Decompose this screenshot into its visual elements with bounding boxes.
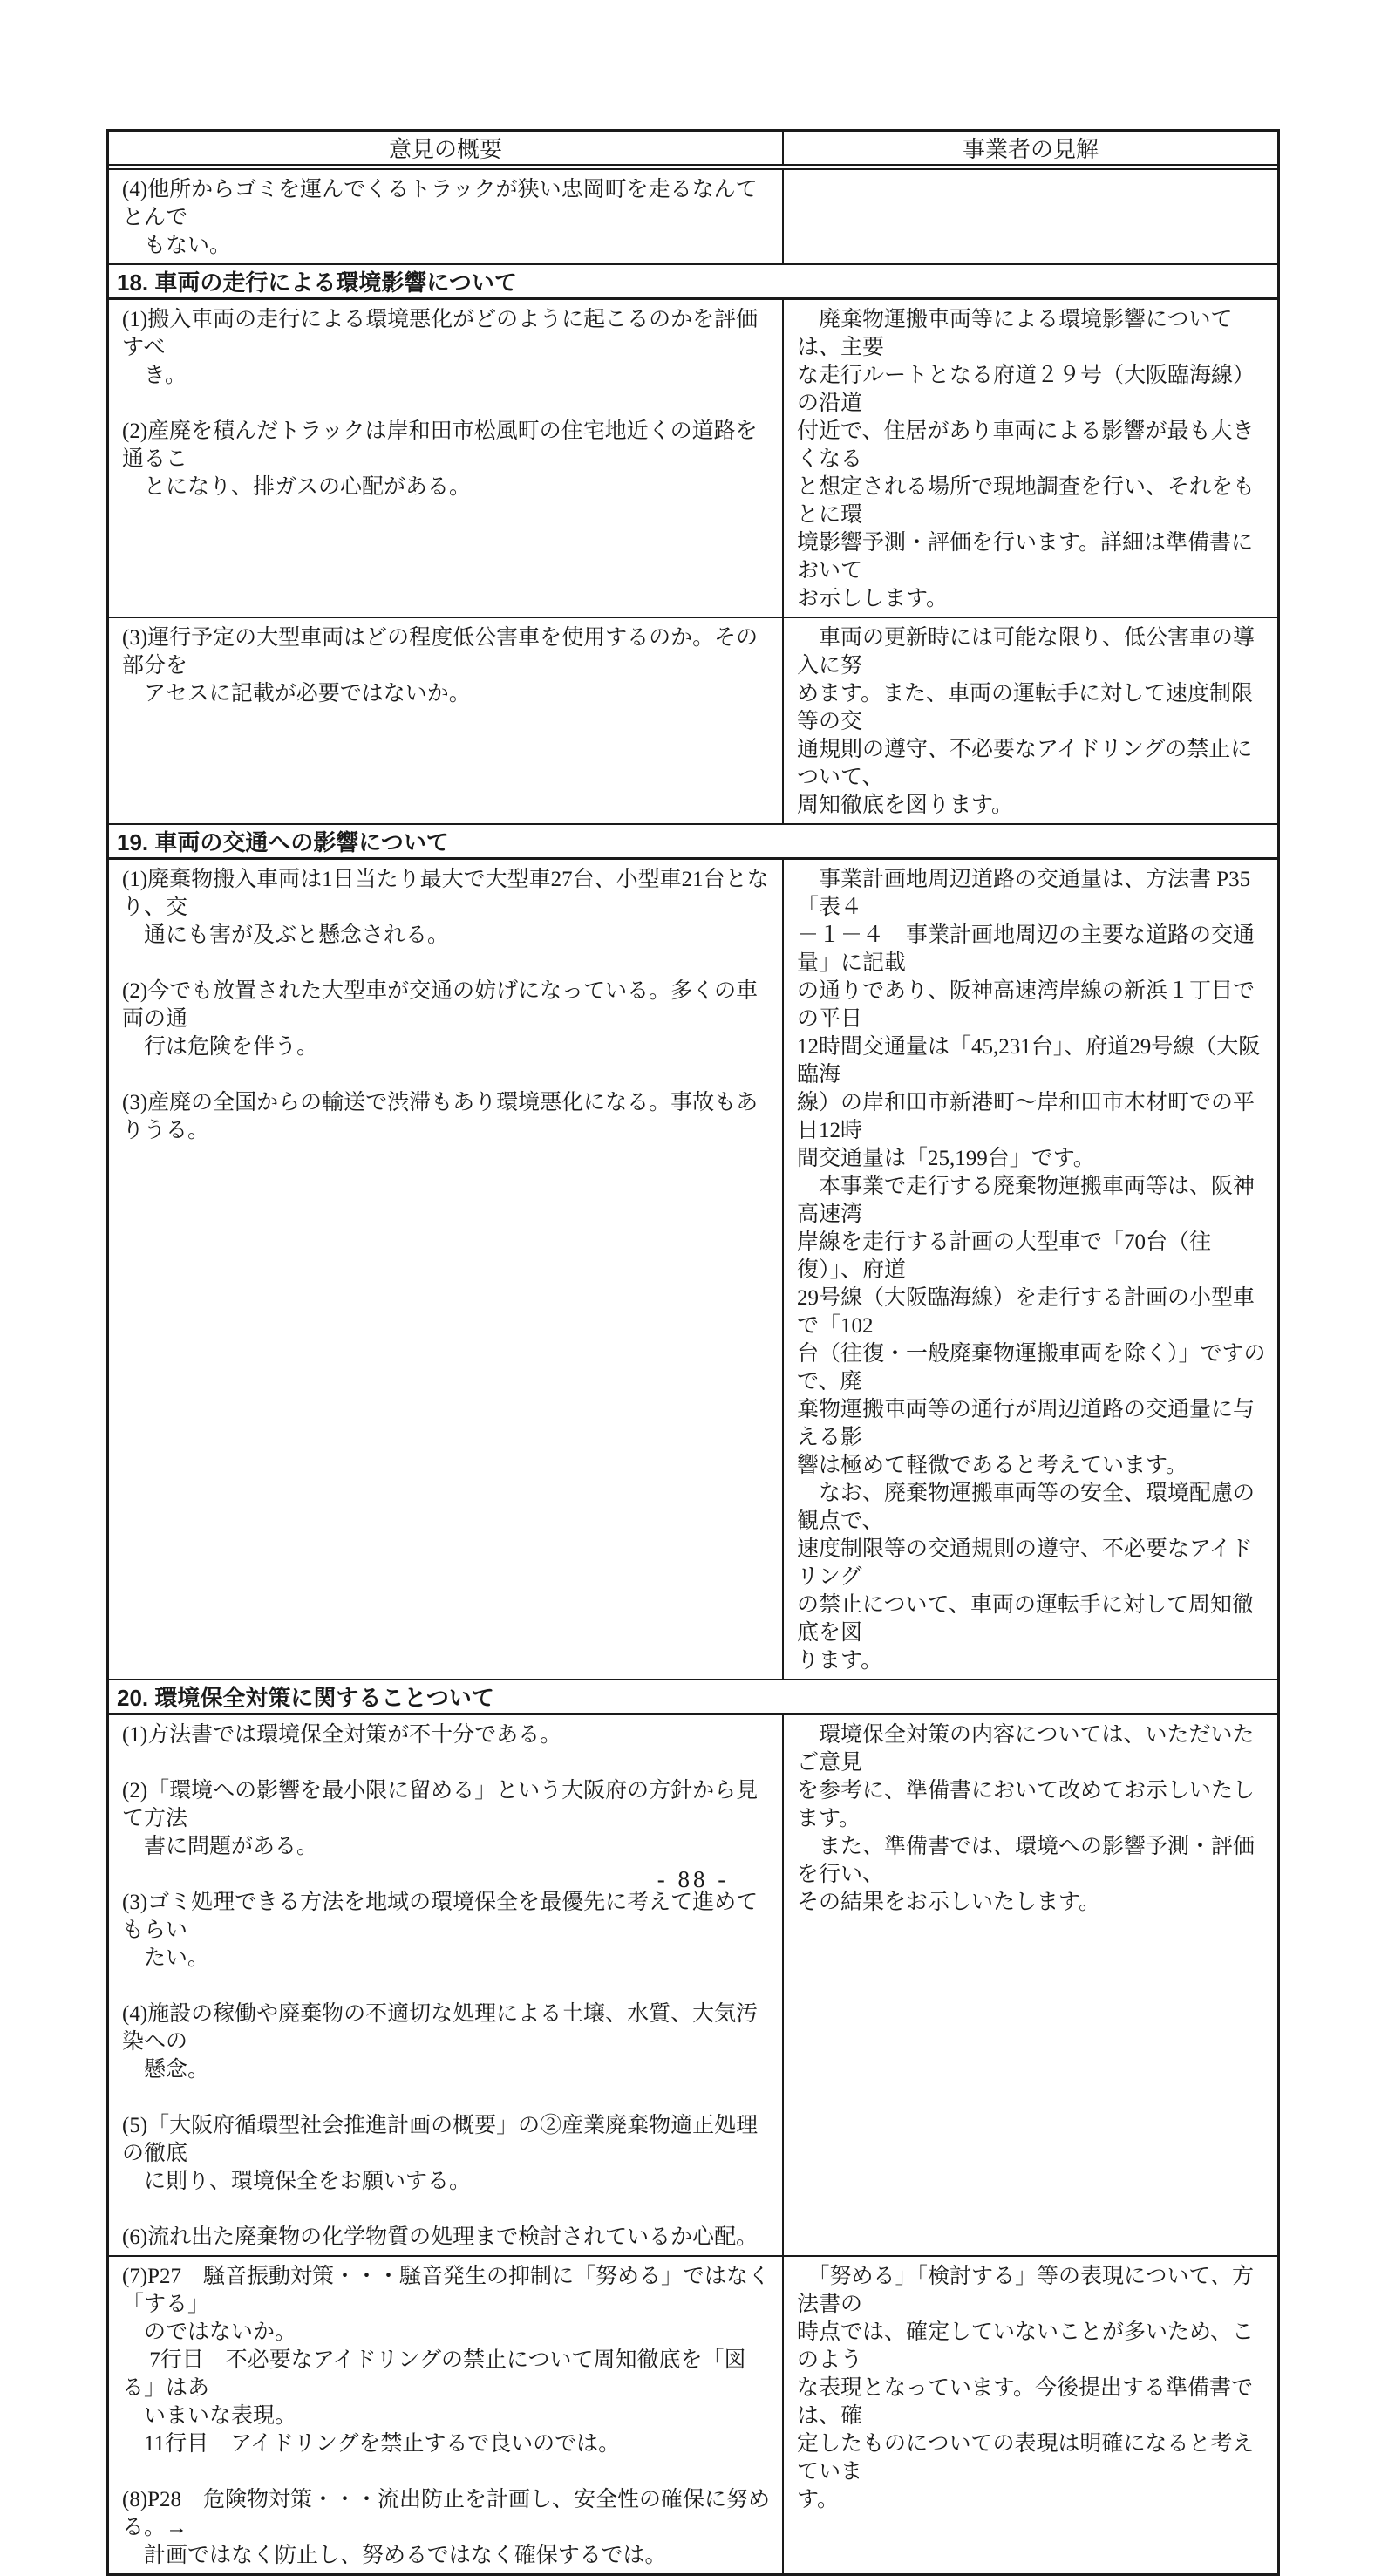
opinion-cell-20-7-8: (7)P27 騒音振動対策・・・騒音発生の抑制に「努める」ではなく「する」 ので… — [109, 2257, 782, 2573]
section-row-19: 19. 車両の交通への影響について — [109, 825, 1277, 860]
comments-responses-table: 意見の概要 事業者の見解 (4)他所からゴミを運んでくるトラックが狭い忠岡町を走… — [106, 129, 1280, 2576]
opinion-cell-20-1-6: (1)方法書では環境保全対策が不十分である。 (2)「環境への影響を最小限に留め… — [109, 1715, 782, 2255]
response-cell-20-1-6: 環境保全対策の内容については、いただいたご意見 を参考に、準備書において改めてお… — [782, 1715, 1277, 2255]
table-header-row: 意見の概要 事業者の見解 — [109, 132, 1277, 170]
section-title-20: 20. 環境保全対策に関することついて — [109, 1680, 494, 1713]
row-item-18-1-2: (1)搬入車両の走行による環境悪化がどのように起こるのかを評価すべ き。 (2)… — [109, 300, 1277, 618]
section-title-18: 18. 車両の走行による環境影響について — [109, 265, 517, 297]
opinion-cell-18-1-2: (1)搬入車両の走行による環境悪化がどのように起こるのかを評価すべ き。 (2)… — [109, 300, 782, 617]
column-header-operator-view: 事業者の見解 — [782, 132, 1277, 164]
column-header-opinion-summary: 意見の概要 — [109, 132, 782, 164]
row-item-18-3: (3)運行予定の大型車両はどの程度低公害車を使用するのか。その部分を アセスに記… — [109, 618, 1277, 825]
section-row-20: 20. 環境保全対策に関することついて — [109, 1680, 1277, 1715]
response-cell-4 — [782, 170, 1277, 263]
row-item-4: (4)他所からゴミを運んでくるトラックが狭い忠岡町を走るなんてとんで もない。 — [109, 170, 1277, 265]
opinion-cell-19: (1)廃棄物搬入車両は1日当たり最大で大型車27台、小型車21台となり、交 通に… — [109, 860, 782, 1679]
row-item-19: (1)廃棄物搬入車両は1日当たり最大で大型車27台、小型車21台となり、交 通に… — [109, 860, 1277, 1680]
opinion-cell-4: (4)他所からゴミを運んでくるトラックが狭い忠岡町を走るなんてとんで もない。 — [109, 170, 782, 263]
row-item-20-1-6: (1)方法書では環境保全対策が不十分である。 (2)「環境への影響を最小限に留め… — [109, 1715, 1277, 2257]
response-cell-18-3: 車両の更新時には可能な限り、低公害車の導入に努 めます。また、車両の運転手に対し… — [782, 618, 1277, 823]
opinion-cell-18-3: (3)運行予定の大型車両はどの程度低公害車を使用するのか。その部分を アセスに記… — [109, 618, 782, 823]
page-number: - 88 - — [106, 1866, 1280, 1893]
response-cell-18-1-2: 廃棄物運搬車両等による環境影響については、主要 な走行ルートとなる府道２９号（大… — [782, 300, 1277, 617]
response-cell-20-7-8: 「努める」「検討する」等の表現について、方法書の 時点では、確定していないことが… — [782, 2257, 1277, 2573]
section-row-18: 18. 車両の走行による環境影響について — [109, 265, 1277, 300]
response-cell-19: 事業計画地周辺道路の交通量は、方法書 P35「表４ －１－４ 事業計画地周辺の主… — [782, 860, 1277, 1679]
section-title-19: 19. 車両の交通への影響について — [109, 825, 449, 857]
row-item-20-7-8: (7)P27 騒音振動対策・・・騒音発生の抑制に「努める」ではなく「する」 ので… — [109, 2257, 1277, 2573]
